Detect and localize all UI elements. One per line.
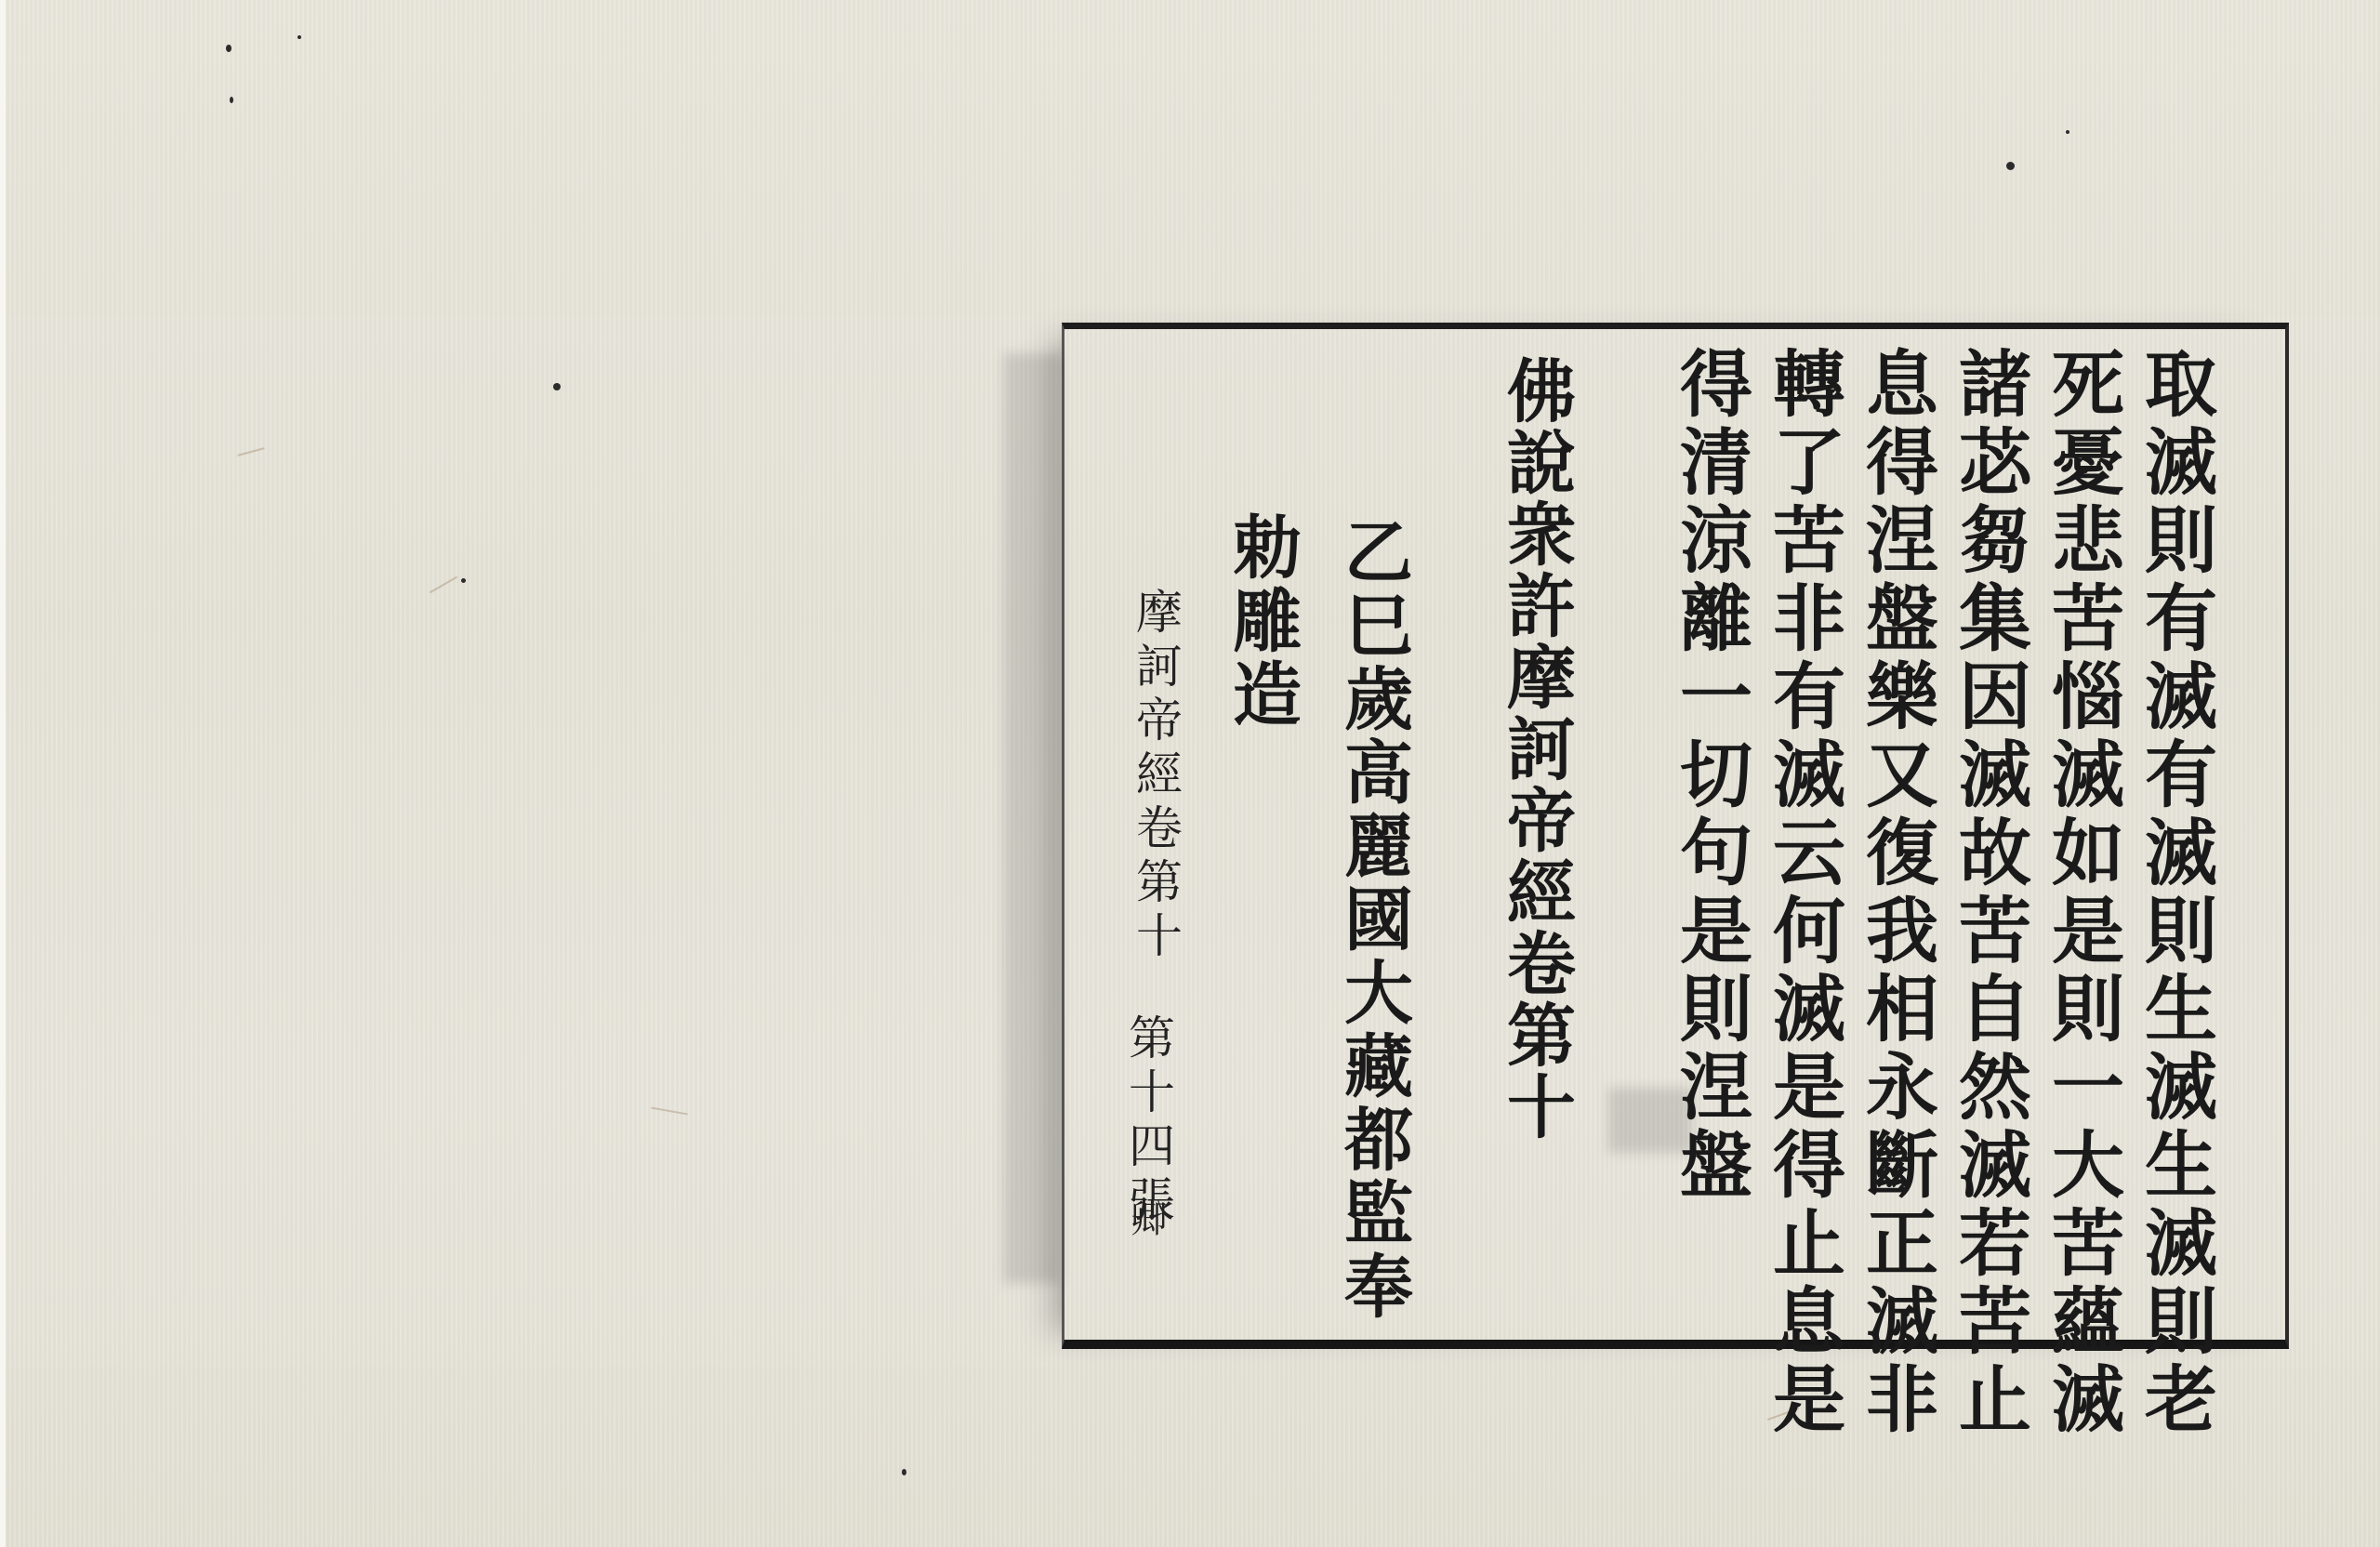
paper-speck — [461, 578, 466, 583]
colophon-line-2: 勅雕造 — [1227, 511, 1296, 732]
body-text-column-2: 死憂悲苦惱滅如是則一大苦蘊滅 — [2045, 346, 2118, 1439]
paper-speck — [226, 45, 231, 52]
paper-speck — [297, 35, 301, 39]
body-text-column-4: 息得涅盤樂又復我相永斷正滅非 — [1859, 346, 1932, 1439]
margin-page-number: 第十四張 — [1125, 1013, 1171, 1229]
body-text-column-3: 諸苾芻集因滅故苦自然滅若苦止 — [1952, 346, 2025, 1439]
colophon-line-1: 乙巳歲高麗國大藏都監奉 — [1339, 516, 1408, 1324]
margin-carver-mark: 卿 — [1127, 1199, 1164, 1244]
margin-sutra-volume: 摩訶帝經卷第十 — [1132, 588, 1179, 965]
paper-speck — [230, 97, 233, 103]
paper-speck — [2006, 162, 2015, 170]
paper-speck — [902, 1469, 906, 1475]
body-text-column-5: 轉了苦非有滅云何滅是得止息是 — [1766, 346, 1839, 1439]
closing-sutra-title: 佛說衆許摩訶帝經卷第十 — [1501, 355, 1570, 1143]
body-text-column-1: 取滅則有滅有滅則生滅生滅則老 — [2138, 346, 2211, 1439]
body-text-column-6: 得清涼離一切句是則涅盤 — [1673, 346, 1746, 1205]
paper-speck — [553, 383, 561, 390]
ink-smudge — [1004, 353, 1060, 1283]
paper-speck — [2066, 130, 2069, 134]
